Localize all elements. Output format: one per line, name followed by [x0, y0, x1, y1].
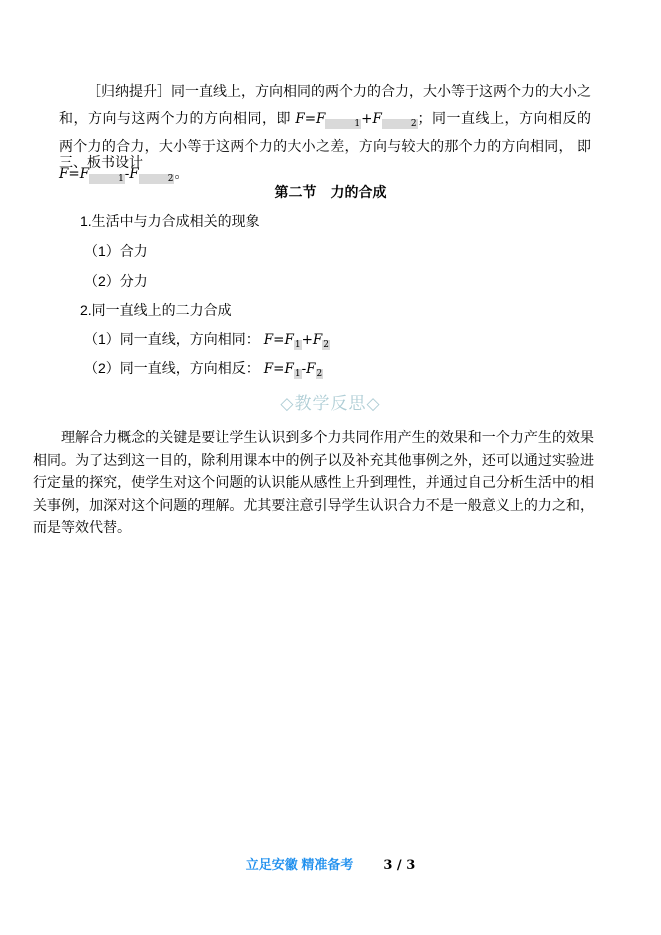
formula-subscript: 1	[294, 340, 302, 350]
formula-f-equals-f1-plus-f2: F=F1+F2	[295, 111, 417, 127]
formula-token: F	[316, 111, 325, 127]
formula-subscript: 1	[294, 369, 302, 379]
document-page: { "document": { "summary": { "seg_before…	[0, 0, 661, 935]
formula-token: +	[302, 332, 313, 348]
footer-slogan: 立足安徽 精准备考	[246, 857, 354, 872]
formula-f-equals-f1-plus-f2: F=F1+F2	[264, 332, 330, 348]
board-item: （1）同一直线，方向相同：F=F1+F2	[84, 329, 330, 349]
section-heading-board-design: 三、板书设计	[59, 152, 143, 172]
reflection-paragraph: 理解合力概念的关键是要让学生认识到多个力共同作用产生的效果和一个力产生的效果相同…	[33, 426, 594, 539]
board-item: 1.生活中与力合成相关的现象	[80, 211, 260, 231]
board-title: 第二节 力的合成	[0, 182, 661, 202]
formula-token: F	[264, 332, 273, 348]
formula-token: =	[305, 111, 316, 127]
formula-token: F	[372, 111, 381, 127]
summary-text-end: 。	[174, 165, 188, 181]
formula-token: =	[273, 361, 284, 377]
formula-token: =	[273, 332, 284, 348]
page-footer: 立足安徽 精准备考3 / 3	[0, 854, 661, 873]
board-item-label: （1）同一直线，方向相同：	[84, 331, 260, 347]
formula-token: F	[284, 361, 293, 377]
reflection-heading: ◇教学反思◇	[0, 389, 661, 414]
formula-token: F	[306, 361, 315, 377]
page-number: 3 / 3	[383, 858, 415, 873]
formula-token: F	[295, 111, 304, 127]
formula-token: +	[361, 111, 372, 127]
board-item: （2）同一直线，方向相反：F=F1-F2	[84, 358, 323, 378]
formula-subscript: 2	[382, 119, 418, 129]
formula-token: F	[313, 332, 322, 348]
formula-token: F	[264, 361, 273, 377]
board-item: （2）分力	[84, 271, 148, 291]
formula-token: F	[284, 332, 293, 348]
formula-f-equals-f1-minus-f2: F=F1-F2	[264, 361, 323, 377]
board-item-label: （2）同一直线，方向相反：	[84, 360, 260, 376]
board-item: （1）合力	[84, 241, 148, 261]
formula-subscript: 1	[325, 119, 361, 129]
formula-subscript: 2	[322, 340, 330, 350]
formula-subscript: 2	[316, 369, 324, 379]
board-item: 2.同一直线上的二力合成	[80, 300, 232, 320]
